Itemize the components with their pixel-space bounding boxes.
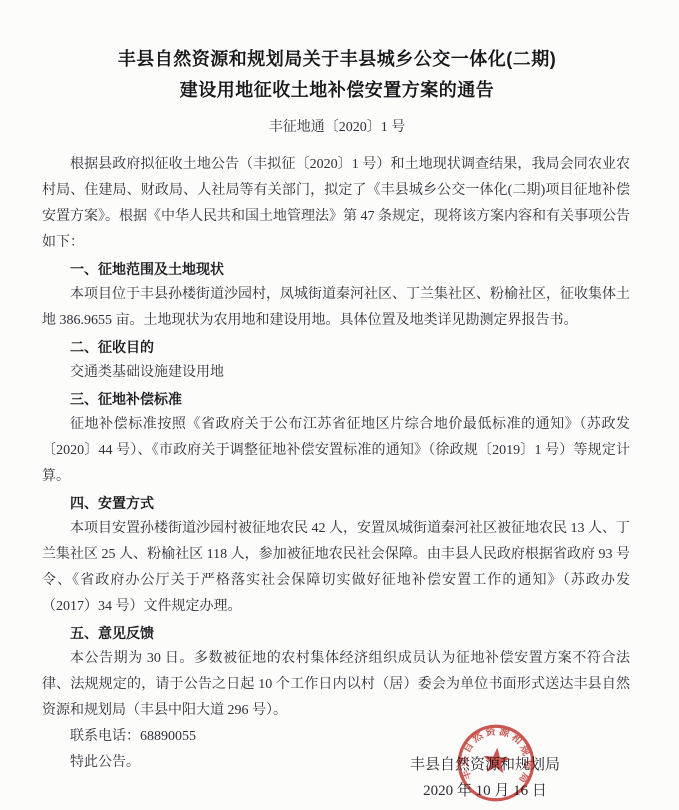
paragraph-intro: 根据县政府拟征收土地公告（丰拟征〔2020〕1 号）和土地现状调查结果，我局会同… [42, 152, 630, 256]
document-number: 丰征地通〔2020〕1 号 [42, 116, 632, 136]
section-heading-5: 五、意见反馈 [42, 620, 630, 646]
paragraph-land-scope: 本项目位于丰县孙楼街道沙园村，凤城街道秦河社区、丁兰集社区、粉榆社区，征收集体土… [42, 282, 630, 334]
signature-date: 2020 年 10 月 16 日 [410, 778, 560, 804]
section-heading-2: 二、征收目的 [42, 334, 630, 360]
paragraph-purpose: 交通类基础设施建设用地 [42, 360, 630, 386]
document-title: 丰县自然资源和规划局关于丰县城乡公交一体化(二期) 建设用地征收土地补偿安置方案… [42, 44, 632, 106]
section-heading-4: 四、安置方式 [42, 490, 630, 516]
document-body: 根据县政府拟征收土地公告（丰拟征〔2020〕1 号）和土地现状调查结果，我局会同… [42, 152, 630, 776]
document-title-line2: 建设用地征收土地补偿安置方案的通告 [42, 75, 632, 106]
section-heading-3: 三、征地补偿标准 [42, 386, 630, 412]
paragraph-resettlement: 本项目安置孙楼街道沙园村被征地农民 42 人，安置凤城街道秦河社区被征地农民 1… [42, 516, 630, 620]
section-heading-1: 一、征地范围及土地现状 [42, 256, 630, 282]
signature-org: 丰县自然资源和规划局 [410, 752, 560, 778]
paragraph-feedback: 本公告期为 30 日。多数被征地的农村集体经济组织成员认为征地补偿安置方案不符合… [42, 646, 630, 724]
paragraph-contact-phone: 联系电话：68890055 [42, 724, 630, 750]
signature-block: 丰县自然资源和规划局 2020 年 10 月 16 日 [410, 752, 560, 804]
document-page: 丰县自然资源和规划局关于丰县城乡公交一体化(二期) 建设用地征收土地补偿安置方案… [0, 0, 679, 810]
document-title-line1: 丰县自然资源和规划局关于丰县城乡公交一体化(二期) [42, 44, 632, 75]
paragraph-compensation: 征地补偿标准按照《省政府关于公布江苏省征地区片综合地价最低标准的通知》（苏政发〔… [42, 412, 630, 490]
